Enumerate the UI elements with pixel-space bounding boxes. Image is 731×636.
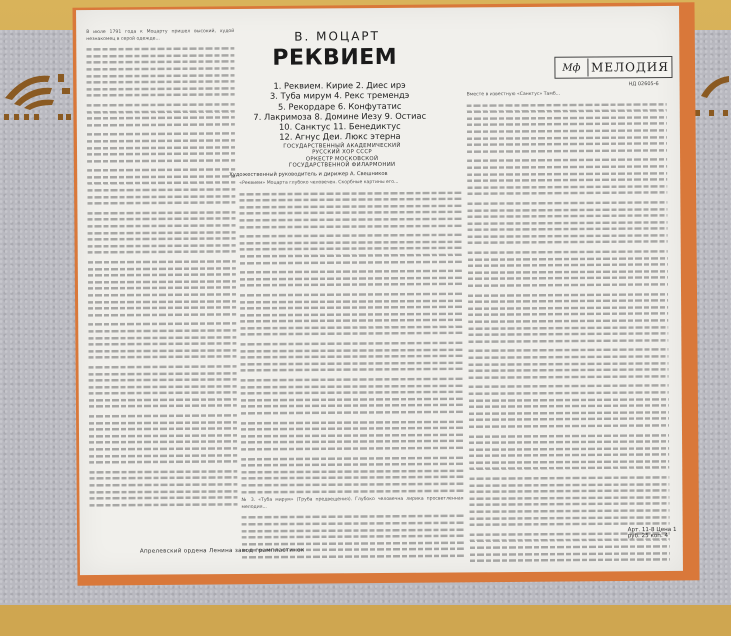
record-sleeve-back-cover: В июле 1791 года к Моцарту пришел высоки… [76, 6, 683, 575]
printer-credit: Апрелевский ордена Ленина завод грамплас… [140, 548, 305, 555]
liner-notes-left-intro: В июле 1791 года к Моцарту пришел высоки… [86, 29, 234, 43]
track-list: 1. Реквием. Кирие 2. Диес ирэ 3. Туба ми… [235, 80, 445, 143]
liner-notes-left-column: В июле 1791 года к Моцарту пришел высоки… [86, 29, 237, 511]
catalog-number: НД 02605-6 [629, 81, 659, 87]
liner-notes-right-intro: Вместе в известную «Санктус» Тамб... [467, 91, 667, 99]
composer-name: В. МОЦАРТ [294, 29, 380, 44]
price-line: Арт. 11-8 Цена 1 руб. 25 коп. 4 [628, 527, 683, 539]
liner-notes-right-column: Вместе в известную «Санктус» Тамб... [467, 91, 670, 567]
conductor-credit: Художественный руководитель и дирижер А.… [229, 170, 489, 178]
melodiya-mark-icon: Мф [555, 59, 588, 77]
liner-notes-center-intro: «Реквием» Моцарта глубоко человечен. Ско… [239, 179, 461, 187]
album-title: РЕКВИЕМ [272, 45, 397, 71]
track-line: 7. Лакримоза 8. Домине Иезу 9. Остиас [235, 110, 445, 122]
liner-notes-track3: № 3. «Туба мирум» (Труба предвещения). Г… [241, 497, 463, 512]
performer-line: ГОСУДАРСТВЕННОЙ ФИЛАРМОНИИ [227, 162, 457, 170]
liner-notes-center-column: «Реквием» Моцарта глубоко человечен. Ско… [239, 179, 464, 563]
performers: ГОСУДАРСТВЕННЫЙ АКАДЕМИЧЕСКИЙ РУССКИЙ ХО… [227, 142, 457, 169]
track-line: 12. Агнус Деи. Люкс этерна [235, 131, 445, 143]
melodiya-label-logo: Мф МЕЛОДИЯ [554, 56, 672, 79]
label-name: МЕЛОДИЯ [588, 60, 671, 75]
